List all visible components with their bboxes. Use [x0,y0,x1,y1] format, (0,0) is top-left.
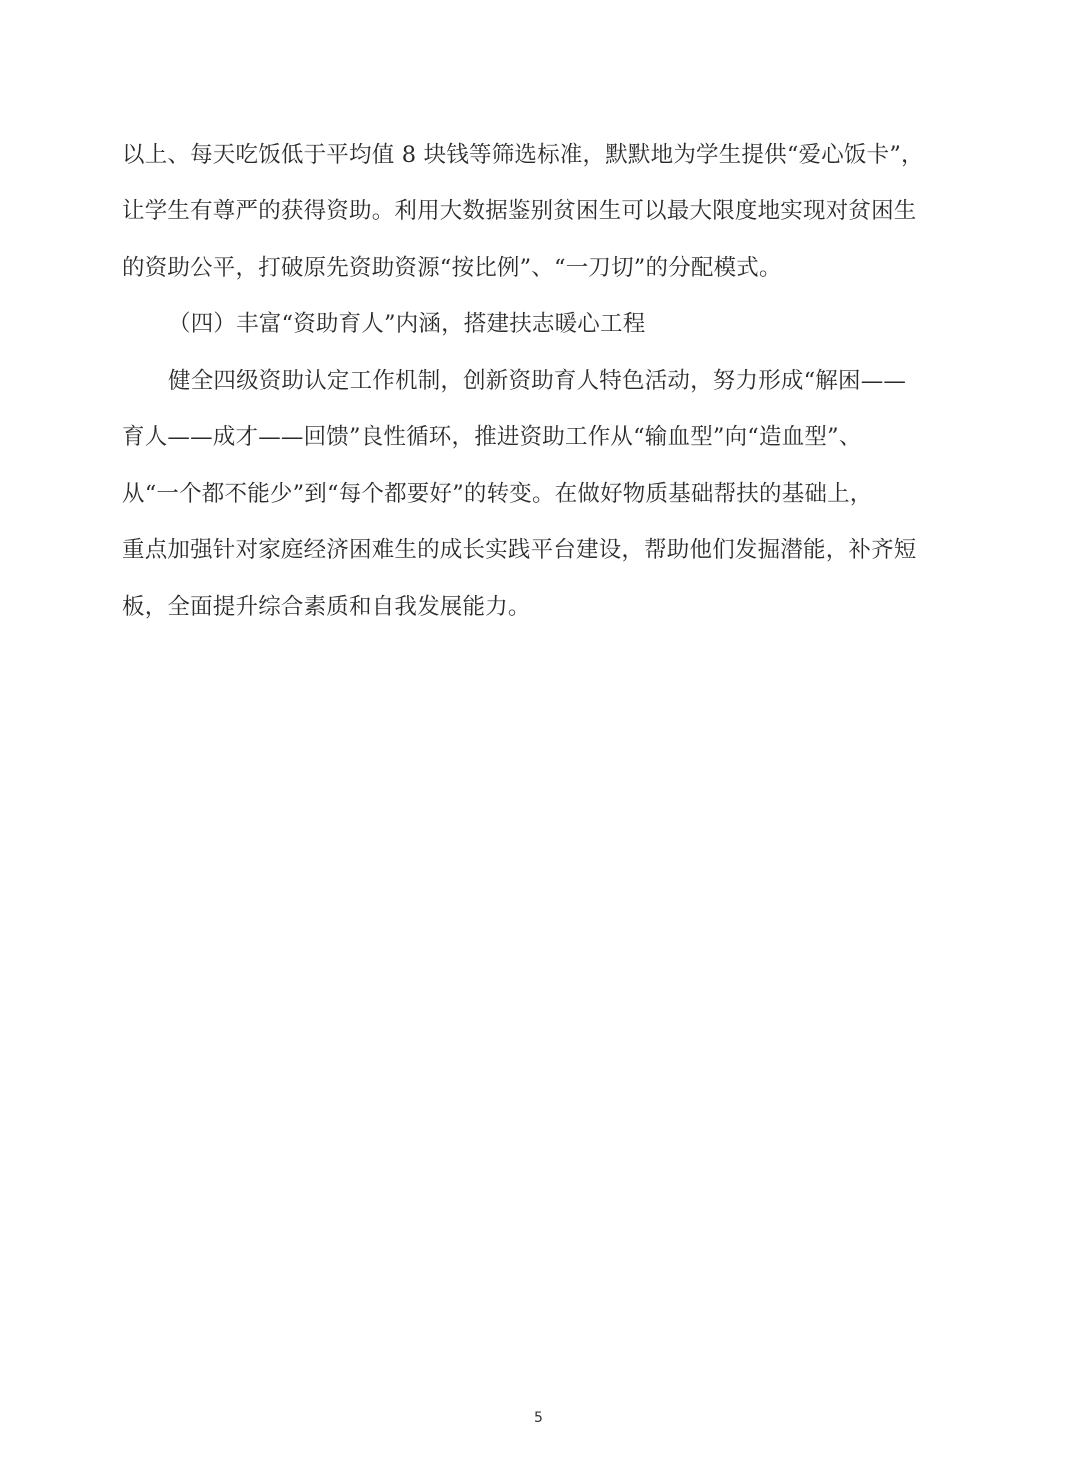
paragraph-line: 育人——成才——回馈”良性循环，推进资助工作从“输血型”向“造血型”、 [122,422,952,452]
page-number: 5 [0,1410,1077,1426]
paragraph-line: 健全四级资助认定工作机制，创新资助育人特色活动，努力形成“解困—— [168,366,998,396]
document-page: 以上、每天吃饭低于平均值 8 块钱等筛选标准，默默地为学生提供“爱心饭卡”， 让… [0,0,1077,1464]
paragraph-line: 的资助公平，打破原先资助资源“按比例”、“一刀切”的分配模式。 [122,253,952,283]
paragraph-line: 从“一个都不能少”到“每个都要好”的转变。在做好物质基础帮扶的基础上， [122,479,952,509]
paragraph-line: 以上、每天吃饭低于平均值 8 块钱等筛选标准，默默地为学生提供“爱心饭卡”， [122,140,952,170]
section-heading: （四）丰富“资助育人”内涵，搭建扶志暖心工程 [168,309,998,339]
paragraph-line: 重点加强针对家庭经济困难生的成长实践平台建设，帮助他们发掘潜能，补齐短 [122,535,952,565]
paragraph-line: 让学生有尊严的获得资助。利用大数据鉴别贫困生可以最大限度地实现对贫困生 [122,196,952,226]
paragraph-line: 板，全面提升综合素质和自我发展能力。 [122,592,952,622]
